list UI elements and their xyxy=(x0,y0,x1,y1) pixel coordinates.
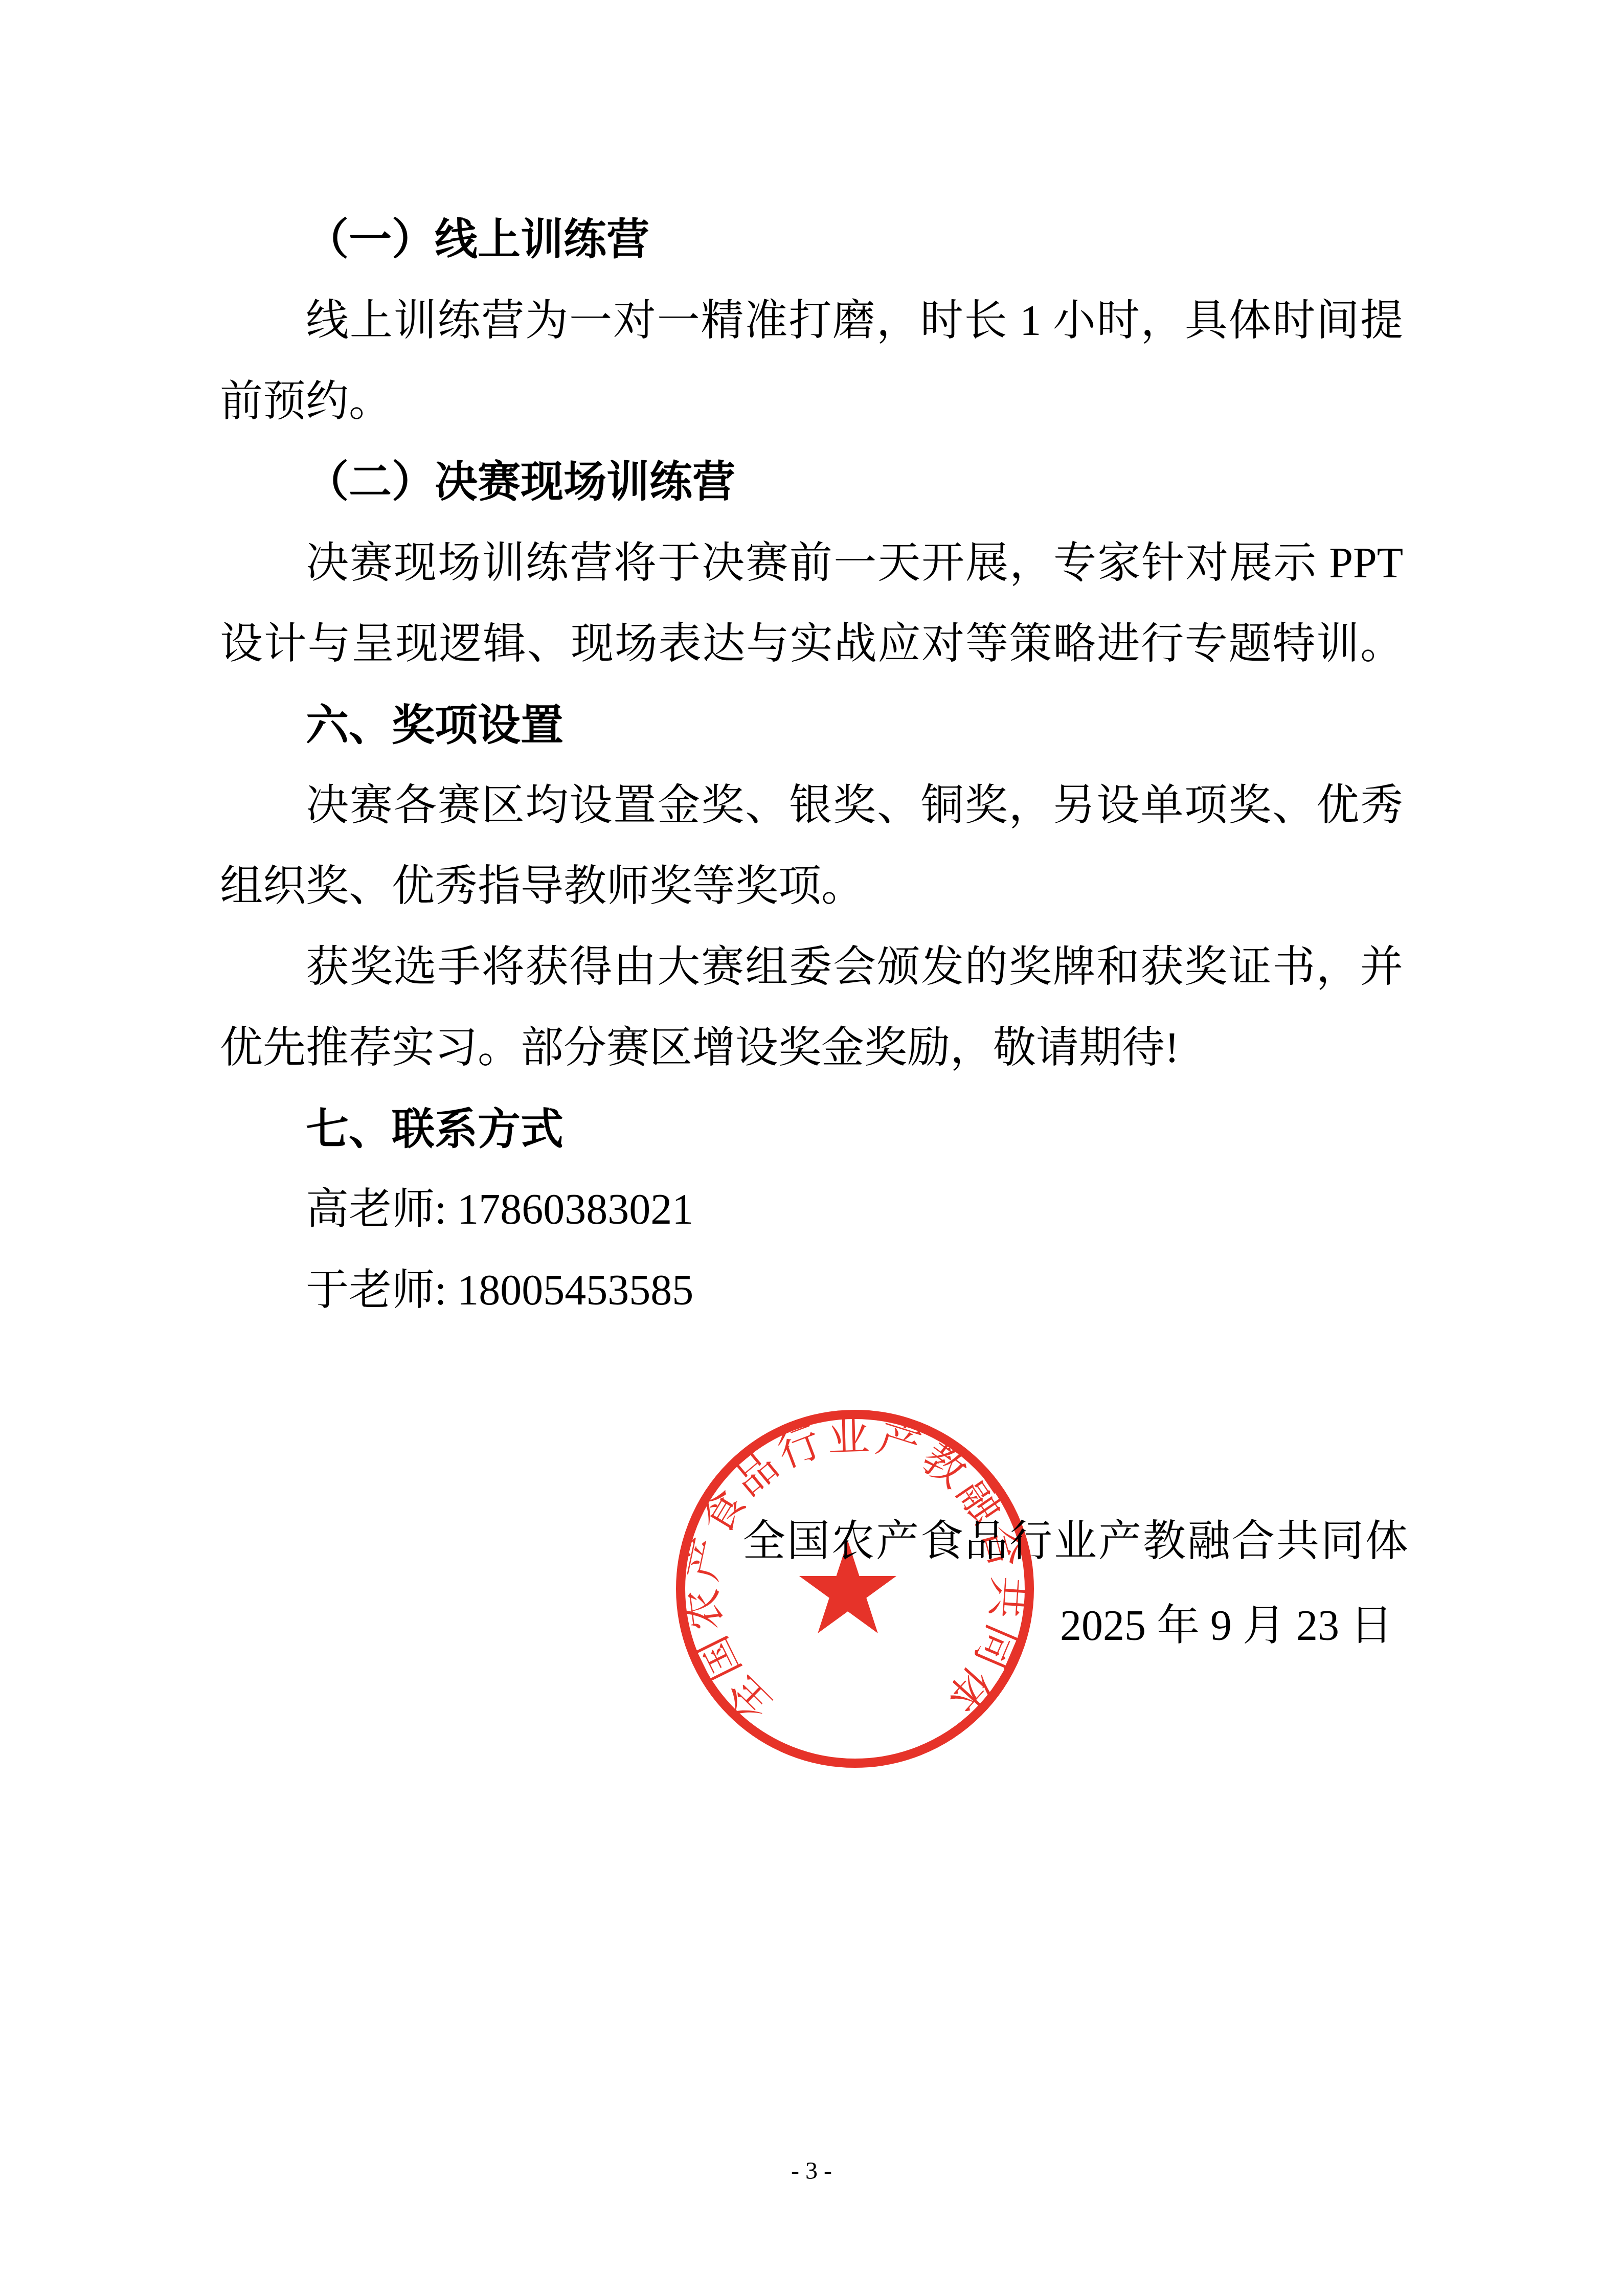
contact-line-teacher-yu: 于老师: 18005453585 xyxy=(220,1250,1403,1331)
body-line: 优先推荐实习。部分赛区增设奖金奖励，敬请期待! xyxy=(220,1008,1403,1089)
official-seal-stamp: 全国农产食品行业产教融合共同体 xyxy=(676,1410,1034,1768)
body-line: 获奖选手将获得由大赛组委会颁发的奖牌和获奖证书，并 xyxy=(220,927,1403,1008)
section-heading-contact: 七、联系方式 xyxy=(220,1089,1403,1169)
subsection-heading-onsite-camp: （二）决赛现场训练营 xyxy=(220,442,1403,523)
body-line: 线上训练营为一对一精准打磨，时长 1 小时，具体时间提 xyxy=(220,281,1403,362)
body-line: 设计与呈现逻辑、现场表达与实战应对等策略进行专题特训。 xyxy=(220,604,1403,685)
subsection-heading-online-camp: （一）线上训练营 xyxy=(220,200,1403,281)
body-line: 组织奖、优秀指导教师奖等奖项。 xyxy=(220,846,1403,927)
section-heading-awards: 六、奖项设置 xyxy=(220,685,1403,766)
signature-date: 2025 年 9 月 23 日 xyxy=(1060,1596,1393,1656)
body-line: 决赛各赛区均设置金奖、银奖、铜奖，另设单项奖、优秀 xyxy=(220,766,1403,846)
body-line: 前预约。 xyxy=(220,362,1403,442)
document-body: （一）线上训练营 线上训练营为一对一精准打磨，时长 1 小时，具体时间提 前预约… xyxy=(220,200,1403,1331)
document-page: （一）线上训练营 线上训练营为一对一精准打磨，时长 1 小时，具体时间提 前预约… xyxy=(0,0,1623,2296)
contact-line-teacher-gao: 高老师: 17860383021 xyxy=(220,1169,1403,1250)
body-line: 决赛现场训练营将于决赛前一天开展，专家针对展示 PPT xyxy=(220,523,1403,604)
page-number: - 3 - xyxy=(0,2157,1623,2186)
signature-organization: 全国农产食品行业产教融合共同体 xyxy=(742,1512,1410,1571)
